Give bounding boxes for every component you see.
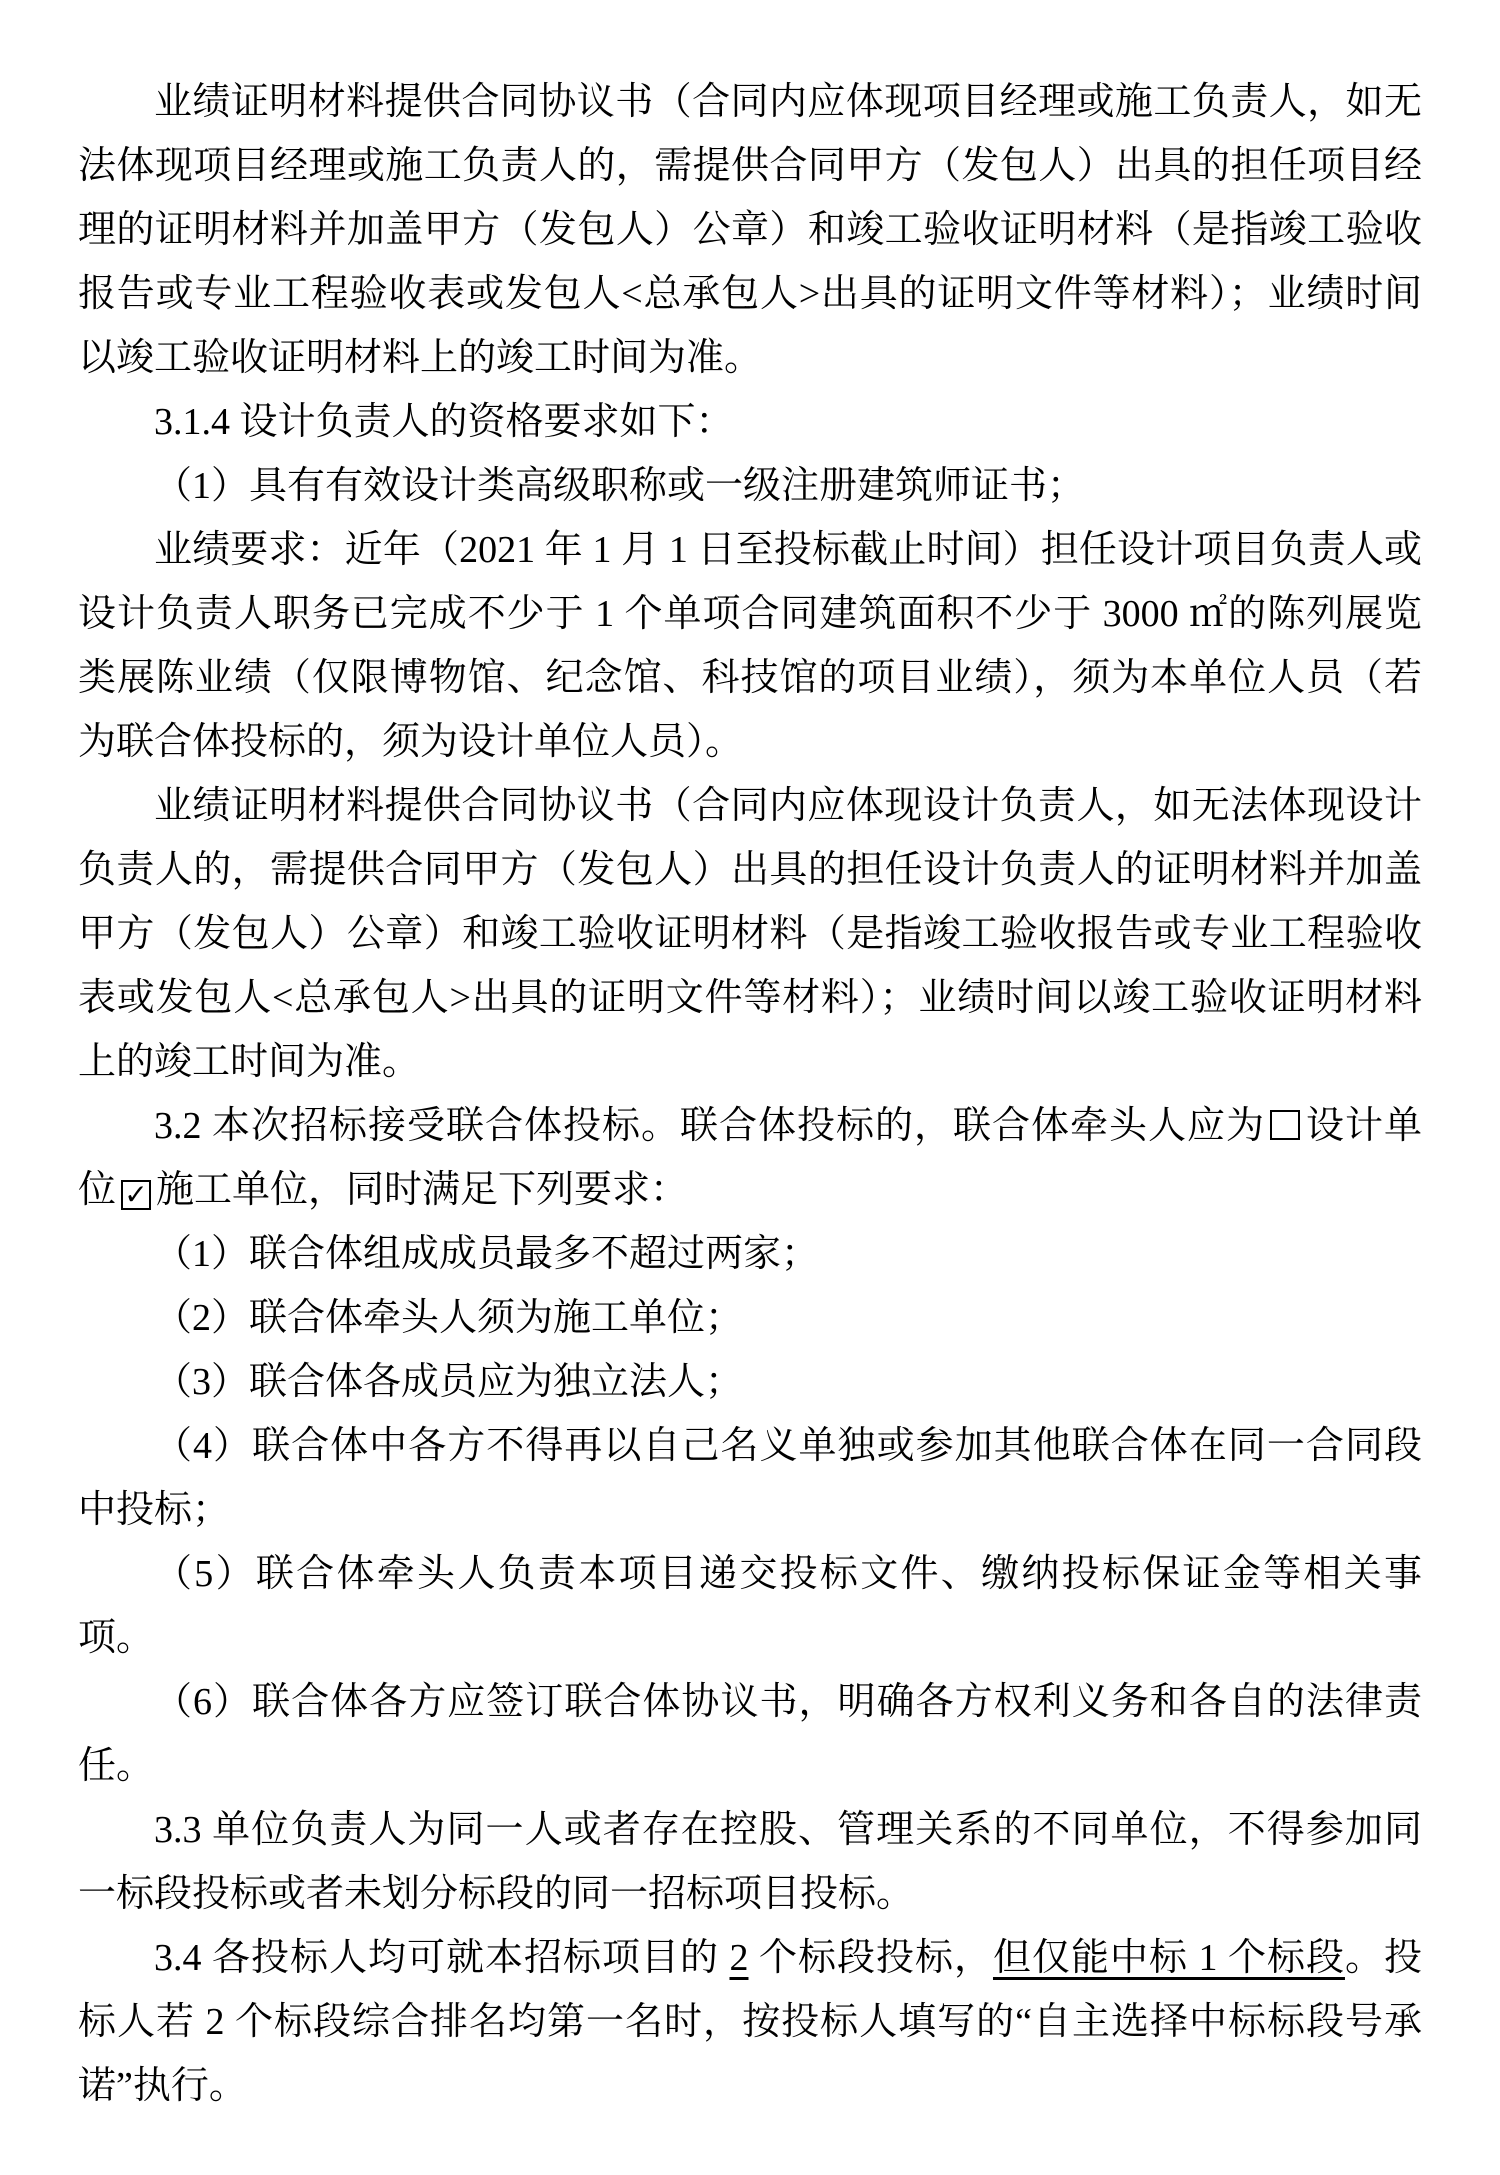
list-item-5-leader-responsibilities: （5）联合体牵头人负责本项目递交投标文件、缴纳投标保证金等相关事项。	[78, 1542, 1422, 1670]
paragraph-3-2-consortium-bidding: 3.2 本次招标接受联合体投标。联合体投标的，联合体牵头人应为设计单位✓施工单位…	[78, 1094, 1422, 1222]
check-mark-icon: ✓	[123, 1182, 149, 1208]
list-item-4-no-duplicate-bidding: （4）联合体中各方不得再以自己名义单独或参加其他联合体在同一合同段中投标；	[78, 1414, 1422, 1542]
paragraph-3-3-same-person-restriction: 3.3 单位负责人为同一人或者存在控股、管理关系的不同单位，不得参加同一标段投标…	[78, 1798, 1422, 1926]
list-item-6-consortium-agreement: （6）联合体各方应签订联合体协议书，明确各方权利义务和各自的法律责任。	[78, 1670, 1422, 1798]
paragraph-3-4-bid-sections: 3.4 各投标人均可就本招标项目的 2 个标段投标，但仅能中标 1 个标段。投标…	[78, 1926, 1422, 2118]
heading-3-1-4-design-lead-requirements: 3.1.4 设计负责人的资格要求如下：	[78, 390, 1422, 454]
checkbox-unchecked-icon	[1270, 1110, 1300, 1140]
underlined-text-segment: 但仅能中标 1 个标段	[993, 1937, 1345, 1979]
text-segment: 3.4 各投标人均可就本招标项目的	[154, 1937, 729, 1979]
paragraph-performance-proof-construction: 业绩证明材料提供合同协议书（合同内应体现项目经理或施工负责人，如无法体现项目经理…	[78, 70, 1422, 390]
paragraph-design-performance-requirement: 业绩要求：近年（2021 年 1 月 1 日至投标截止时间）担任设计项目负责人或…	[78, 518, 1422, 774]
list-item-2-consortium-leader: （2）联合体牵头人须为施工单位；	[78, 1286, 1422, 1350]
document-page: 业绩证明材料提供合同协议书（合同内应体现项目经理或施工负责人，如无法体现项目经理…	[0, 0, 1500, 2175]
list-item-3-independent-legal-person: （3）联合体各成员应为独立法人；	[78, 1350, 1422, 1414]
list-item-1-design-qualification: （1）具有有效设计类高级职称或一级注册建筑师证书；	[78, 454, 1422, 518]
text-segment: 个标段投标，	[748, 1937, 993, 1979]
text-segment: 施工单位，同时满足下列要求：	[156, 1169, 688, 1211]
paragraph-performance-proof-design: 业绩证明材料提供合同协议书（合同内应体现设计负责人，如无法体现设计负责人的，需提…	[78, 774, 1422, 1094]
underlined-text-segment: 2	[729, 1937, 748, 1979]
list-item-1-consortium-members: （1）联合体组成成员最多不超过两家；	[78, 1222, 1422, 1286]
checkbox-checked-icon: ✓	[121, 1180, 151, 1210]
text-segment: 3.2 本次招标接受联合体投标。联合体投标的，联合体牵头人应为	[154, 1105, 1265, 1147]
